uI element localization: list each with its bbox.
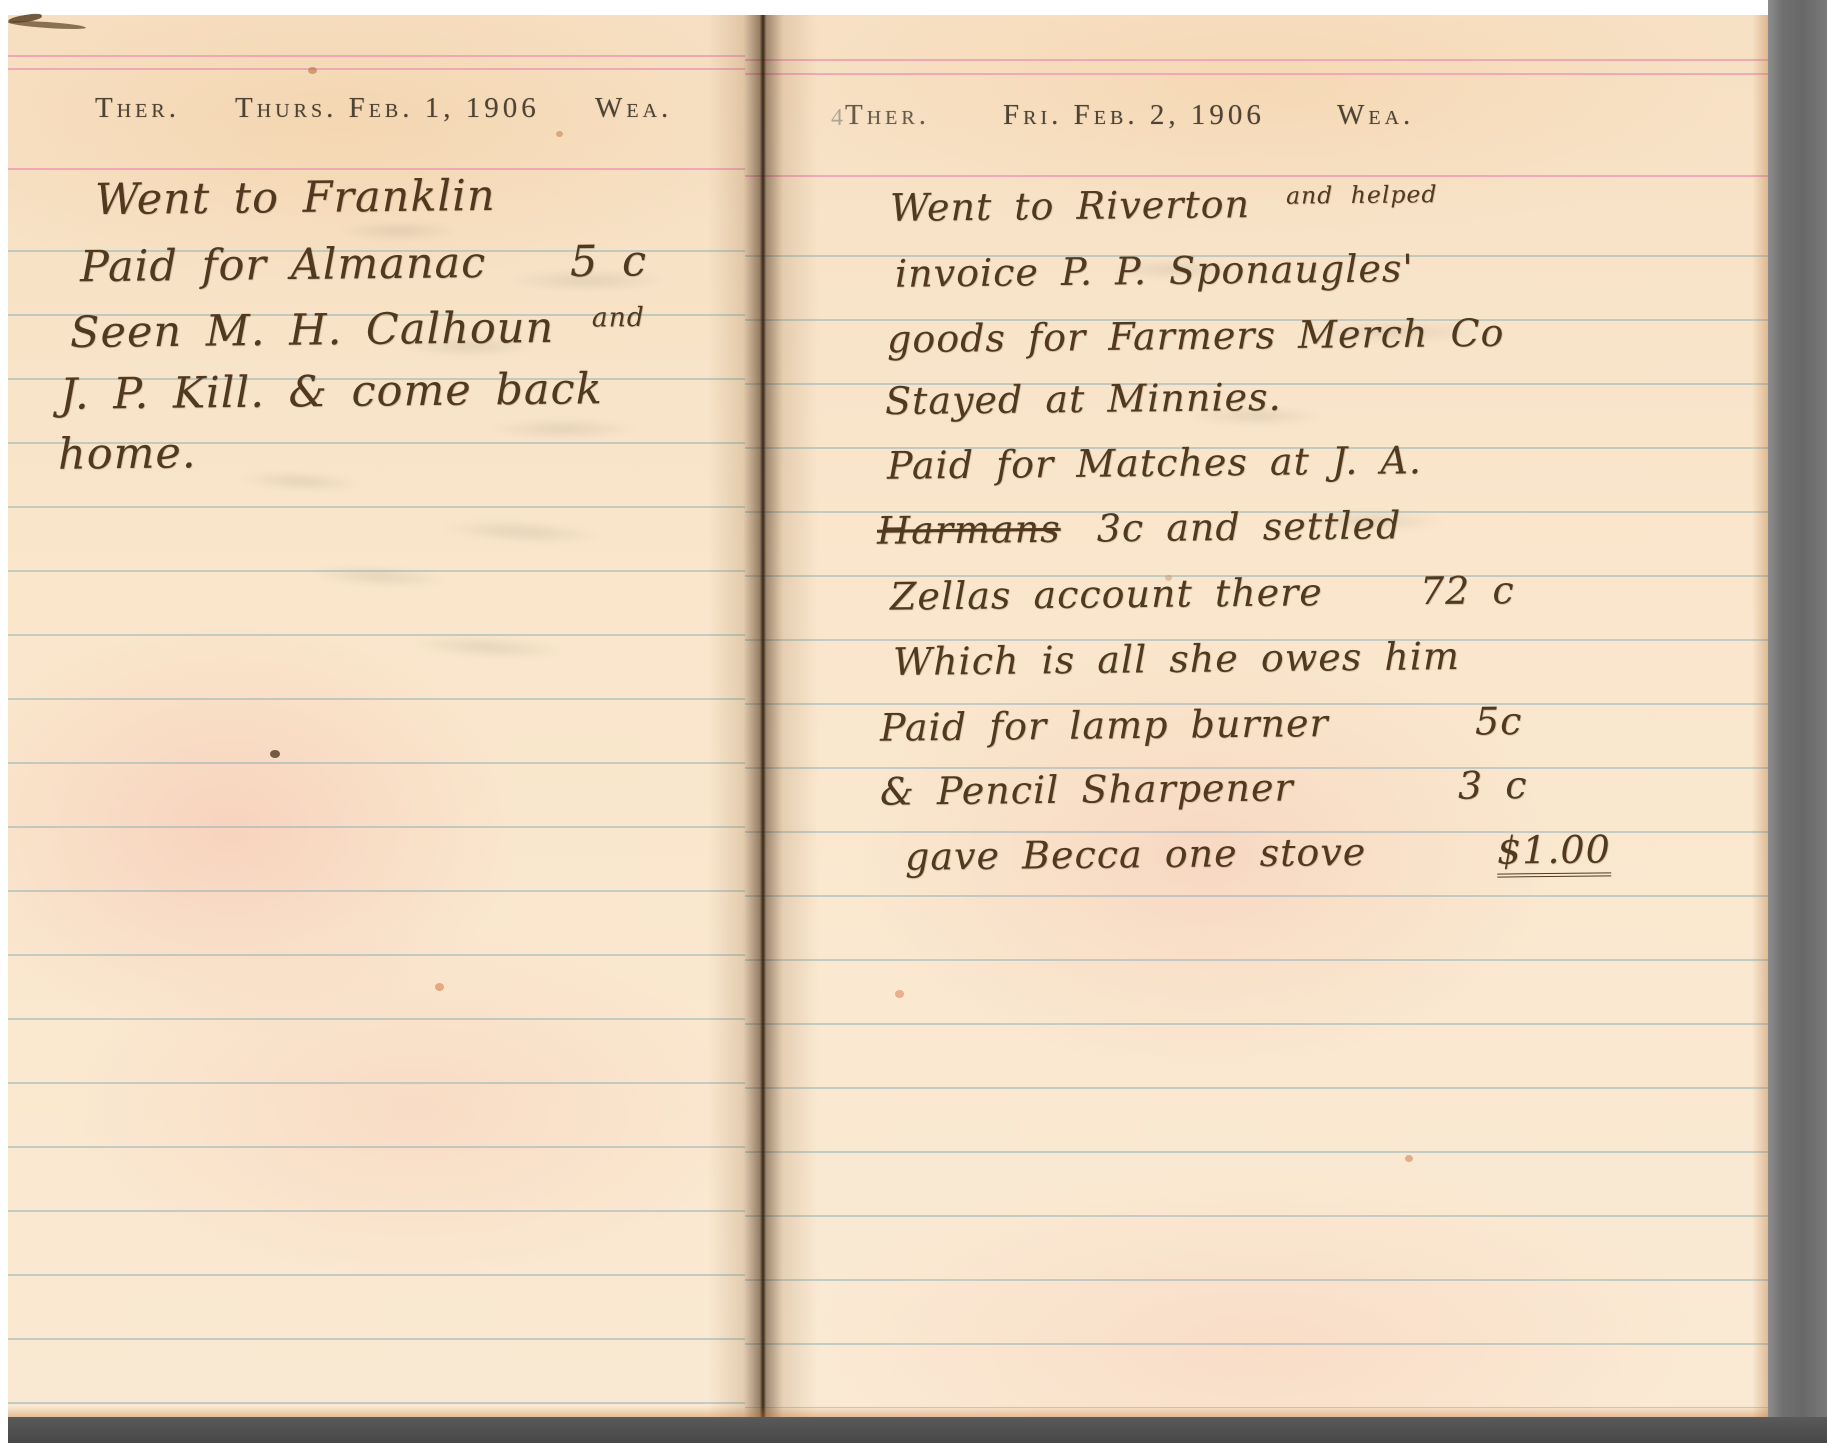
stain: [270, 750, 280, 758]
entry-text: Paid for lamp burner: [880, 701, 1329, 750]
entry-text: Paid for Matches at J. A.: [887, 438, 1422, 488]
entry-line: home.: [58, 428, 197, 479]
pink-rule: [745, 175, 1768, 177]
ther-label: Ther.: [95, 92, 180, 125]
entry-line: invoice P. P. Sponaugles': [895, 246, 1414, 295]
pink-rule: [8, 168, 745, 170]
entry-text: invoice P. P. Sponaugles': [895, 246, 1414, 295]
entry-line: Paid for Matches at J. A.: [887, 438, 1422, 488]
entry-text: J. P. Kill. & come back: [60, 364, 603, 420]
entry-amount-underlined: $1.00: [1497, 827, 1611, 877]
entry-line: Which is all she owes him: [893, 634, 1460, 684]
entry-line: & Pencil Sharpener 3 c: [880, 762, 1600, 814]
entry-line: Went to Riverton and helped: [890, 180, 1438, 230]
entry-text: goods for Farmers Merch Co: [887, 311, 1505, 361]
entry-text: & Pencil Sharpener: [880, 765, 1294, 813]
entry-amount: 5c: [1475, 699, 1523, 743]
entry-text: Paid for Almanac: [80, 238, 487, 292]
entry-text: Went to Franklin: [95, 171, 496, 225]
date-label: Fri. Feb. 2, 1906: [1003, 99, 1265, 132]
entry-text: 3c and settled: [1096, 503, 1401, 550]
entry-superscript: and helped: [1286, 180, 1438, 210]
left-page: Ther. Thurs. Feb. 1, 1906 Wea. Went to F…: [8, 15, 745, 1418]
entry-amount: 5 c: [570, 236, 648, 287]
stain: [1165, 575, 1172, 581]
ruled-lines: [8, 250, 745, 1408]
wea-label: Wea.: [595, 92, 672, 125]
page-number-mark: 4: [831, 105, 843, 132]
entry-amount: 3 c: [1458, 763, 1528, 808]
entry-line: Stayed at Minnies.: [885, 375, 1282, 423]
scanner-edge-bottom: [8, 1417, 1827, 1443]
entry-text: Which is all she owes him: [893, 634, 1460, 684]
ther-label: Ther.: [845, 99, 930, 132]
entry-line: Paid for Almanac 5 c: [80, 236, 700, 292]
entry-superscript: and: [592, 302, 645, 334]
book-binding-gutter: [708, 15, 818, 1418]
entry-text: Zellas account there: [890, 570, 1323, 619]
entry-line: Went to Franklin: [95, 171, 496, 225]
entry-text: home.: [58, 428, 197, 479]
entry-line: Paid for lamp burner 5c: [880, 698, 1600, 750]
entry-text: Stayed at Minnies.: [885, 375, 1282, 423]
wea-label: Wea.: [1337, 99, 1414, 132]
entry-amount: 72 c: [1420, 568, 1515, 613]
pink-rule: [8, 68, 745, 70]
entry-line: goods for Farmers Merch Co: [887, 311, 1505, 361]
scanner-edge-right: [1768, 0, 1827, 1443]
right-page: 4 Ther. Fri. Feb. 2, 1906 Wea. Went to R…: [745, 15, 1768, 1418]
ink-smudge: [8, 19, 86, 30]
pink-rule: [745, 59, 1768, 61]
stain: [895, 990, 904, 998]
diary-scan: Ther. Thurs. Feb. 1, 1906 Wea. Went to F…: [0, 0, 1827, 1443]
entry-line: Seen M. H. Calhoun and: [70, 302, 645, 358]
struck-word: Harmans: [877, 507, 1061, 553]
pink-rule: [8, 55, 745, 57]
entry-text: Seen M. H. Calhoun: [70, 303, 555, 358]
stain: [556, 131, 563, 137]
entry-line: Zellas account there 72 c: [890, 567, 1590, 618]
entry-line: gave Becca one stove $1.00: [905, 827, 1625, 879]
pink-rule: [745, 73, 1768, 75]
entry-text: Went to Riverton: [890, 182, 1250, 230]
stain: [435, 983, 444, 991]
stain: [1405, 1155, 1413, 1162]
stain: [308, 67, 317, 74]
entry-line: J. P. Kill. & come back: [60, 364, 603, 420]
entry-line: Harmans 3c and settled: [877, 503, 1402, 552]
entry-text: gave Becca one stove: [905, 830, 1367, 879]
open-diary: Ther. Thurs. Feb. 1, 1906 Wea. Went to F…: [8, 15, 1768, 1418]
date-label: Thurs. Feb. 1, 1906: [235, 92, 540, 125]
